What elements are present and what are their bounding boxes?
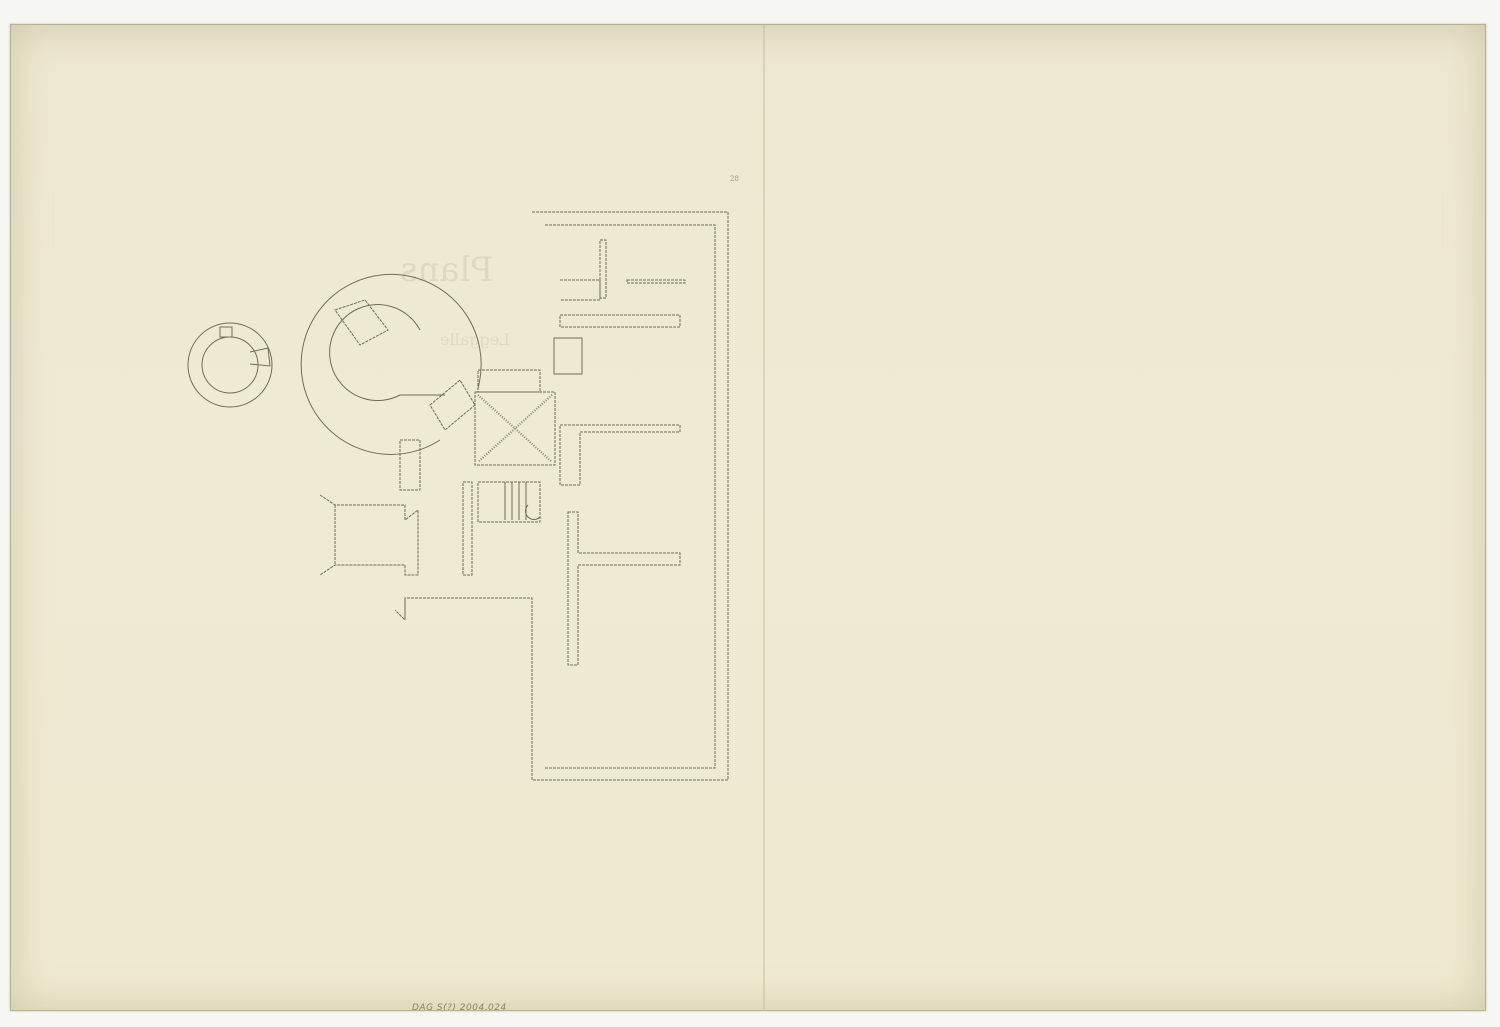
- vaulted-hall: [475, 392, 555, 465]
- main-staircase: [463, 482, 540, 575]
- floor-plan-drawing: [0, 0, 1500, 1027]
- west-wing: [320, 440, 420, 620]
- small-tower-plan: [188, 323, 272, 407]
- rotunda: [301, 274, 540, 454]
- main-block: [395, 212, 728, 780]
